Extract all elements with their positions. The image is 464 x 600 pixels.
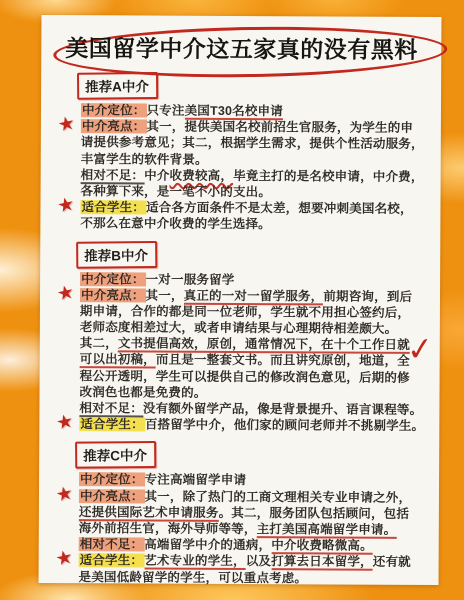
text-segment: 中介定位： (80, 272, 146, 286)
section-header-box: 推荐B中介 (76, 241, 157, 269)
agency-section: 推荐C中介中介定位：专注高端留学申请★中介亮点：其一，除了热门的工商文理相关专业… (55, 441, 426, 586)
text-segment: 老师态度相差过大，或者申请结果与心理期待相差颇大。 (80, 320, 398, 336)
text-segment: 主打美国高端留学申请。 (257, 522, 397, 539)
text-segment: 前期咨询，到后 (323, 289, 412, 303)
text-line: 改润色也都是免费的。 (79, 384, 423, 402)
text-line: ★中介亮点：其一，提供美国名校前招生官服务，为学生的申 (81, 118, 425, 136)
text-segment: 适合学生： (79, 553, 145, 567)
text-segment: 一对一服务留学 (146, 272, 235, 286)
text-segment: 美国T30名校申请 (185, 104, 283, 121)
text-segment: 是美国低龄留学的学生，可以重点考虑。 (79, 570, 308, 585)
star-icon: ★ (54, 483, 75, 505)
text-segment: 毕竟主打的是名校申请，中介费， (233, 169, 424, 184)
text-segment: 中介亮点： (79, 489, 145, 503)
text-segment: 百搭留学中介，他们家的顾问老师并不挑剔学生。 (145, 418, 424, 433)
agency-section: 推荐B中介中介定位：一对一服务留学★中介亮点：其一，真正的一对一留学服务，前期咨… (55, 241, 426, 435)
text-segment: 不那么在意中介收费的学生选择。 (80, 216, 271, 231)
text-segment: 收费较高， (170, 168, 234, 182)
text-line: 相对不足：高端留学中介的通病，中介收费略微高。 (79, 536, 423, 554)
text-segment: 还有就 (373, 555, 411, 569)
star-icon: ★ (56, 195, 77, 217)
text-segment: 中介定位： (81, 103, 147, 117)
paper-note: 美国留学中介这五家真的没有黑料 推荐A中介中介定位：只专注美国T30名校申请★中… (39, 15, 442, 585)
text-segment: 相对不足： (79, 537, 145, 551)
text-line: 海外前招生官，海外导师等等，主打美国高端留学申请。 (79, 520, 423, 538)
text-segment: 只专注 (146, 104, 184, 118)
text-segment: 期申请，合作的都是同一位老师，学生就不用担心签约后， (80, 304, 410, 320)
text-segment: 以及 (246, 554, 271, 568)
text-segment: 没有额外留学产品，像是背景提升、语言课程等。 (143, 401, 422, 416)
section-header-box: 推荐C中介 (75, 441, 156, 469)
text-line: ★中介亮点：其一，真正的一对一留学服务，前期咨询，到后 (80, 287, 424, 305)
text-segment: 各种算下来，是一笔不小的支出。 (81, 184, 272, 199)
text-segment: 。其二，服务团队包括顾问，包括 (219, 506, 410, 521)
text-line: 中介定位：一对一服务留学 (80, 271, 424, 289)
star-icon: ★ (55, 282, 76, 304)
text-segment: 程公开透明，学生可以提供自己的修改润色意见，后期的修 (80, 369, 410, 385)
text-segment: 海外前招生官，海外导师等等， (79, 521, 257, 536)
text-segment: 其二， (80, 336, 118, 350)
agency-section: 推荐A中介中介定位：只专注美国T30名校申请★中介亮点：其一，提供美国名校前招生… (56, 72, 427, 233)
text-line: ✓其二，文书提倡高效，原创，通常情况下，在十个工作日就 (80, 335, 424, 353)
star-icon: ★ (54, 548, 75, 570)
section-lines: 中介定位：专注高端留学申请★中介亮点：其一，除了热门的工商文理相关专业申请之外，… (79, 472, 424, 587)
text-segment: 相对不足： (79, 401, 143, 417)
text-line: 中介定位：只专注美国T30名校申请 (81, 102, 425, 120)
title-block: 美国留学中介这五家真的没有黑料 (61, 33, 439, 65)
sections-container: 推荐A中介中介定位：只专注美国T30名校申请★中介亮点：其一，提供美国名校前招生… (55, 72, 428, 587)
section-lines: 中介定位：只专注美国T30名校申请★中介亮点：其一，提供美国名校前招生官服务，为… (80, 102, 425, 233)
post-image: { "post": { "title": "美国留学中介这五家真的没有黑料" }… (0, 0, 464, 600)
text-segment: 中介亮点： (81, 119, 147, 133)
text-line: 是美国低龄留学的学生，可以重点考虑。 (79, 569, 423, 587)
text-line: 中介定位：专注高端留学申请 (79, 472, 423, 490)
text-line: ★适合学生：艺术专业的学生，以及打算去日本留学，还有就 (79, 552, 423, 570)
text-segment: 真正的一对一留学服务， (184, 288, 324, 305)
text-segment: 中介定位： (79, 473, 145, 487)
text-line: 各种算下来，是一笔不小的支出。 (81, 183, 425, 201)
text-segment: 相对不足： (81, 168, 145, 184)
text-segment: 改润色也都是免费的。 (79, 385, 206, 400)
text-segment: 可以出初稿， (80, 353, 156, 369)
text-segment: 专注高端留学申请 (145, 473, 247, 488)
text-line: 老师态度相差过大，或者申请结果与心理期待相差颇大。 (80, 319, 424, 337)
page-title: 美国留学中介这五家真的没有黑料 (61, 33, 439, 65)
text-segment: 中介 (144, 168, 169, 182)
text-segment: 中介收费略微高。 (271, 538, 373, 555)
text-segment: 其一，提供美国名校前招生官服务，为学生的申 (146, 120, 413, 135)
text-line: 丰富学生的软件背景。 (81, 151, 425, 169)
text-segment: 请提供参考意见；其二，根据学生需求，提供个性活动服务， (81, 136, 424, 152)
text-segment: 还提供国际艺术申请服务 (79, 505, 219, 522)
text-segment: 适合学生： (80, 200, 146, 214)
text-segment: 中介亮点： (80, 288, 146, 302)
text-segment: 其一， (146, 288, 184, 302)
text-segment: 适合学生： (79, 417, 145, 431)
text-segment: 高端留学中介的通病， (144, 538, 271, 553)
text-line: ★适合学生：百搭留学中介，他们家的顾问老师并不挑剔学生。 (79, 416, 423, 434)
text-segment: 适合各方面条件不是太差，想要冲刺美国名校， (146, 201, 413, 216)
text-line: 相对不足：没有额外留学产品，像是背景提升、语言课程等。 (79, 400, 423, 418)
text-line: 不那么在意中介收费的学生选择。 (80, 215, 424, 233)
text-line: 期申请，合作的都是同一位老师，学生就不用担心签约后， (80, 303, 424, 321)
text-line: ★适合学生：适合各方面条件不是太差，想要冲刺美国名校， (80, 199, 424, 217)
text-line: ★中介亮点：其一，除了热门的工商文理相关专业申请之外， (79, 488, 423, 506)
text-segment: 丰富学生的软件背景。 (81, 152, 208, 167)
star-icon: ★ (55, 412, 76, 434)
text-line: 程公开透明，学生可以提供自己的修改润色意见，后期的修 (80, 368, 424, 386)
text-segment: 艺术专业的学生， (144, 554, 246, 571)
star-icon: ★ (56, 114, 77, 136)
text-line: 还提供国际艺术申请服务。其二，服务团队包括顾问，包括 (79, 504, 423, 522)
text-segment: 打算去日本留学， (271, 554, 373, 571)
text-segment: 其一，除了热门的工商文理相关专业申请之外， (144, 489, 411, 504)
text-line: 请提供参考意见；其二，根据学生需求，提供个性活动服务， (81, 135, 425, 153)
text-segment: 而且是一整套文书。而且讲究原创，地道，全 (156, 353, 410, 368)
section-lines: 中介定位：一对一服务留学★中介亮点：其一，真正的一对一留学服务，前期咨询，到后期… (79, 271, 424, 435)
section-header-box: 推荐A中介 (77, 72, 158, 100)
text-line: 可以出初稿，而且是一整套文书。而且讲究原创，地道，全 (80, 352, 424, 370)
text-line: 相对不足：中介收费较高，毕竟主打的是名校申请，中介费， (81, 167, 425, 185)
